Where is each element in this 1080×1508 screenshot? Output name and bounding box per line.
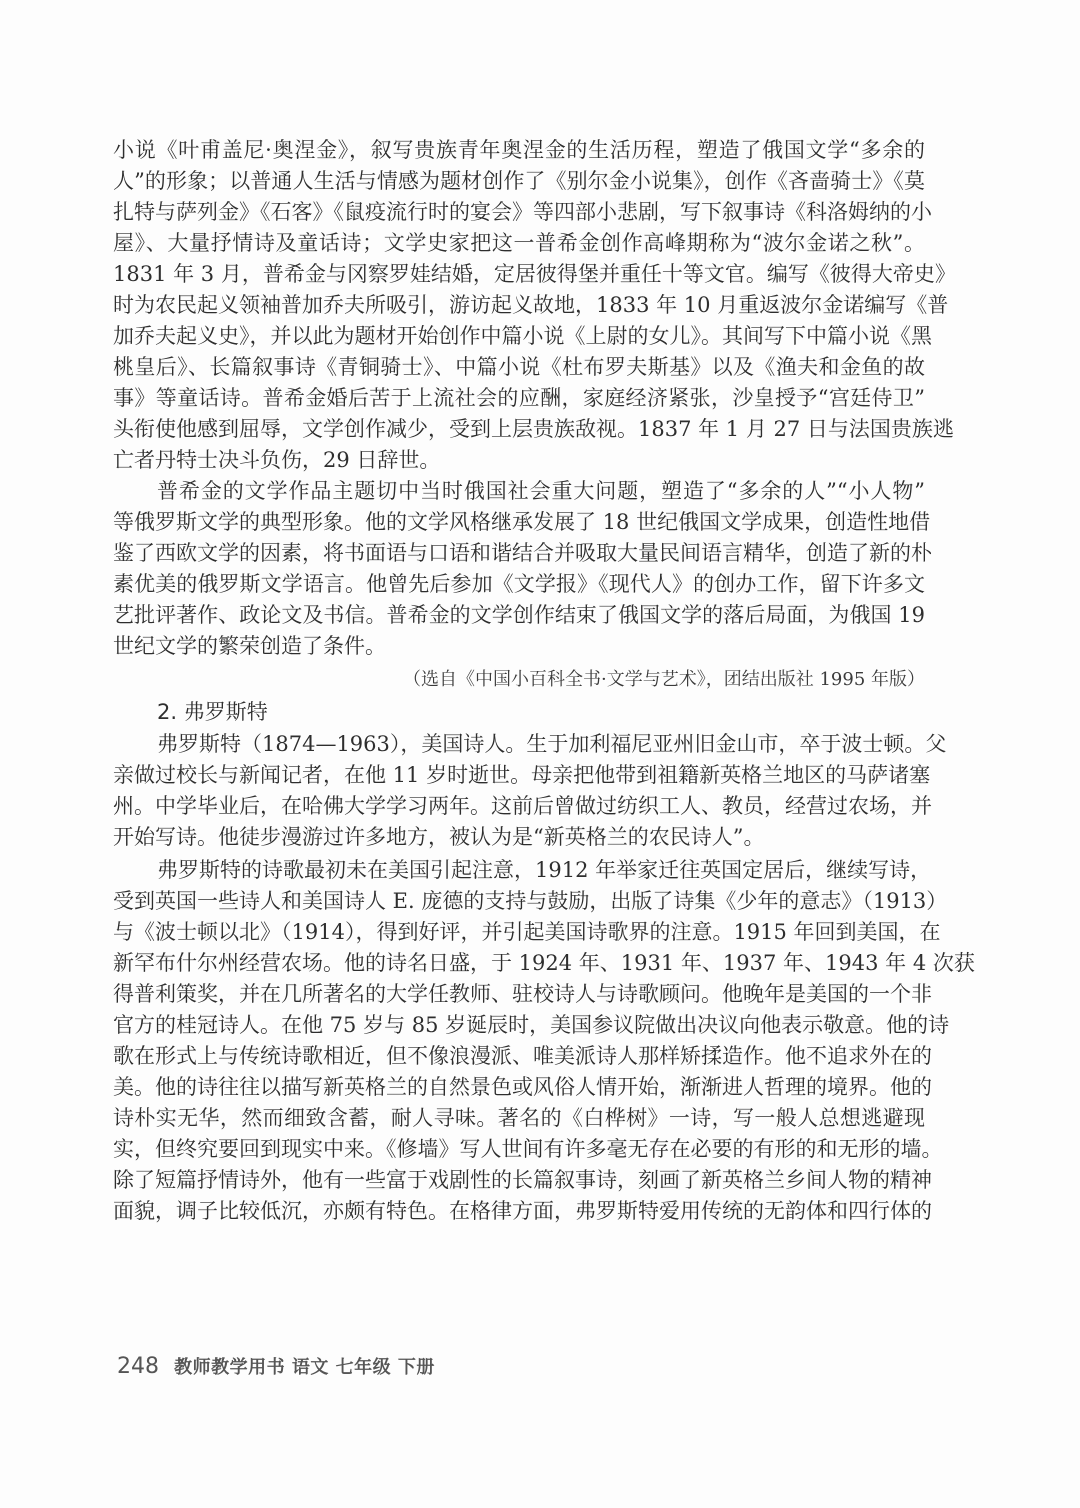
section-heading: 2. 弗罗斯特 <box>157 697 268 728</box>
body-line: 艺批评著作、政论文及书信。普希金的文学创作结束了俄国文学的落后局面，为俄国 19 <box>113 600 925 631</box>
body-line: 受到英国一些诗人和美国诗人 E. 庞德的支持与鼓励，出版了诗集《少年的意志》（1… <box>113 886 925 917</box>
body-line: 人”的形象；以普通人生活与情感为题材创作了《别尔金小说集》，创作《吝啬骑士》《莫 <box>113 166 925 197</box>
body-line: 桃皇后》、长篇叙事诗《青铜骑士》、中篇小说《杜布罗夫斯基》以及《渔夫和金鱼的故 <box>113 352 925 383</box>
body-line: 亡者丹特士决斗负伤，29 日辞世。 <box>113 445 925 476</box>
body-line: 世纪文学的繁荣创造了条件。 <box>113 631 925 662</box>
body-line: 歌在形式上与传统诗歌相近，但不像浪漫派、唯美派诗人那样矫揉造作。他不追求外在的 <box>113 1041 925 1072</box>
body-line: 普希金的文学作品主题切中当时俄国社会重大问题，塑造了“多余的人”“小人物” <box>157 476 925 507</box>
body-line: 时为农民起义领袖普加乔夫所吸引，游访起义故地，1833 年 10 月重返波尔金诺… <box>113 290 925 321</box>
document-page: 小说《叶甫盖尼·奥涅金》，叙写贵族青年奥涅金的生活历程，塑造了俄国文学“多余的 … <box>0 0 1080 1508</box>
body-line: 头衔使他感到屈辱，文学创作减少，受到上层贵族敌视。1837 年 1 月 27 日… <box>113 414 925 445</box>
body-line: 等俄罗斯文学的典型形象。他的文学风格继承发展了 18 世纪俄国文学成果，创造性地… <box>113 507 925 538</box>
body-line: 除了短篇抒情诗外，他有一些富于戏剧性的长篇叙事诗，刻画了新英格兰乡间人物的精神 <box>113 1165 925 1196</box>
page-footer: 248 教师教学用书 语文 七年级 下册 <box>117 1352 435 1382</box>
body-line: 新罕布什尔州经营农场。他的诗名日盛，于 1924 年、1931 年、1937 年… <box>113 948 925 979</box>
body-line: 素优美的俄罗斯文学语言。他曾先后参加《文学报》《现代人》的创办工作，留下许多文 <box>113 569 925 600</box>
body-line: 与《波士顿以北》（1914），得到好评，并引起美国诗歌界的注意。1915 年回到… <box>113 917 925 948</box>
body-line: 开始写诗。他徒步漫游过许多地方，被认为是“新英格兰的农民诗人”。 <box>113 822 925 853</box>
body-line: 弗罗斯特（1874—1963），美国诗人。生于加利福尼亚州旧金山市，卒于波士顿。… <box>157 729 925 760</box>
body-line: 加乔夫起义史》，并以此为题材开始创作中篇小说《上尉的女儿》。其间写下中篇小说《黑 <box>113 321 925 352</box>
body-line: 美。他的诗往往以描写新英格兰的自然景色或风俗人情开始，渐渐进人哲理的境界。他的 <box>113 1072 925 1103</box>
body-line: 诗朴实无华，然而细致含蓄，耐人寻味。著名的《白桦树》一诗，写一般人总想逃避现 <box>113 1103 925 1134</box>
book-title: 教师教学用书 语文 七年级 下册 <box>174 1357 435 1378</box>
body-line: 得普利策奖，并在几所著名的大学任教师、驻校诗人与诗歌顾问。他晚年是美国的一个非 <box>113 979 925 1010</box>
body-line: 屋》、大量抒情诗及童话诗；文学史家把这一普希金创作高峰期称为“波尔金诺之秋”。 <box>113 228 925 259</box>
body-line: 弗罗斯特的诗歌最初未在美国引起注意，1912 年举家迁往英国定居后，继续写诗， <box>157 855 925 886</box>
body-line: 扎特与萨列金》《石客》《鼠疫流行时的宴会》等四部小悲剧，写下叙事诗《科洛姆纳的小 <box>113 197 925 228</box>
body-line: 亲做过校长与新闻记者，在他 11 岁时逝世。母亲把他带到祖籍新英格兰地区的马萨诸… <box>113 760 925 791</box>
body-line: 实，但终究要回到现实中来。《修墙》写人世间有许多毫无存在必要的有形的和无形的墙。 <box>113 1134 925 1165</box>
body-line: 事》等童话诗。普希金婚后苦于上流社会的应酬，家庭经济紧张，沙皇授予“宫廷侍卫” <box>113 383 925 414</box>
source-citation: （选自《中国小百科全书·文学与艺术》，团结出版社 1995 年版） <box>113 664 925 695</box>
page-number: 248 <box>117 1354 159 1379</box>
body-line: 鉴了西欧文学的因素，将书面语与口语和谐结合并吸取大量民间语言精华，创造了新的朴 <box>113 538 925 569</box>
body-line: 1831 年 3 月，普希金与冈察罗娃结婚，定居彼得堡并重任十等文官。编写《彼得… <box>113 259 925 290</box>
body-line: 州。中学毕业后，在哈佛大学学习两年。这前后曾做过纺织工人、教员，经营过农场，并 <box>113 791 925 822</box>
body-line: 官方的桂冠诗人。在他 75 岁与 85 岁诞辰时，美国参议院做出决议向他表示敬意… <box>113 1010 925 1041</box>
body-line: 小说《叶甫盖尼·奥涅金》，叙写贵族青年奥涅金的生活历程，塑造了俄国文学“多余的 <box>113 135 925 166</box>
body-line: 面貌，调子比较低沉，亦颇有特色。在格律方面，弗罗斯特爱用传统的无韵体和四行体的 <box>113 1196 925 1227</box>
